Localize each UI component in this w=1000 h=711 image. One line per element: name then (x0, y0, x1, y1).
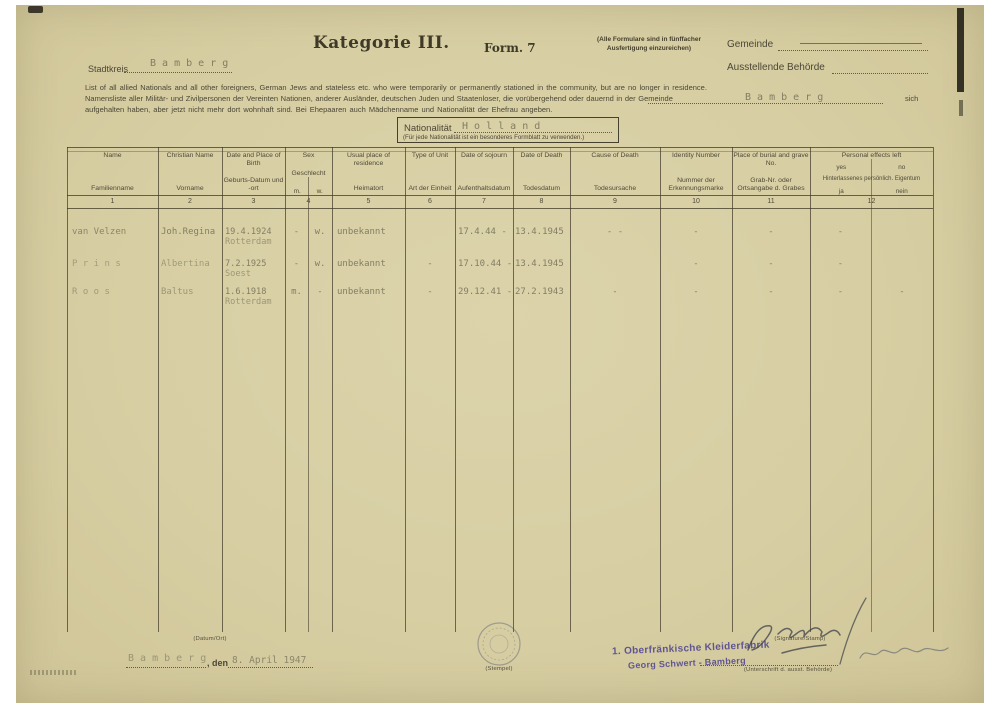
cell-sojourn: 17.4.44 - (455, 225, 513, 257)
col-number: 12 (810, 195, 933, 208)
intro-line2-after: sich (905, 94, 918, 103)
scan-artifact-right-edge (957, 8, 964, 92)
col-number: 11 (732, 195, 810, 208)
cell-death-date: 13.4.1945 (513, 225, 570, 257)
cell-effects-yes: - (810, 285, 871, 317)
stadtkreis-blank-line (124, 71, 232, 73)
birth-date: 1.6.1918 (225, 287, 272, 297)
cell-birth: 19.4.1924Rotterdam (222, 225, 285, 257)
footer-date-value: 8. April 1947 (232, 655, 306, 666)
nationality-note: (Für jede Nationalität ist ein besondere… (403, 134, 584, 141)
col-header-en: Usual place of residence (333, 152, 404, 168)
cell-burial: - (732, 225, 810, 257)
table-line (222, 147, 223, 632)
effects-no-label: no (872, 164, 933, 171)
nationality-label: Nationalität (404, 123, 452, 134)
cell-effects-no (871, 225, 933, 257)
column-number-row: 1 2 3 4 5 6 7 8 9 10 11 12 (67, 195, 933, 208)
authority-signature (740, 596, 872, 670)
footer-place-value: B a m b e r g (128, 653, 206, 664)
printer-imprint-smudge (30, 670, 78, 675)
col-header-en: Type of Unit (412, 152, 448, 160)
table-line (455, 147, 456, 632)
cell-sex-w: w. (308, 225, 332, 257)
col-header-en: Date of sojourn (461, 152, 507, 160)
cell-sex-m: - (285, 225, 308, 257)
table-line (67, 208, 933, 209)
col-header-de: Todesdatum (523, 185, 560, 193)
den-label: , den (207, 658, 228, 668)
col-header-en: Name (103, 152, 121, 160)
col-number: 7 (455, 195, 513, 208)
nationality-box: Nationalität H o l l a n d (Für jede Nat… (397, 117, 619, 143)
table-line (810, 147, 811, 632)
col-header-unit: Type of Unit Art der Einheit (405, 149, 455, 195)
sex-subheader: m. w. (286, 188, 331, 195)
col-header-birth: Date and Place of Birth Geburts-Datum un… (222, 149, 285, 195)
col-header-name: Name Familienname (67, 149, 158, 195)
cell-sex-w: - (308, 285, 332, 317)
col-header-de: Nummer der Erkennungsmarke (661, 177, 731, 193)
table-row: van Velzen Joh.Regina 19.4.1924Rotterdam… (67, 225, 933, 257)
intro-line3: aufgehalten haben, aber jetzt nicht mehr… (85, 105, 945, 114)
col-header-en: Date of Death (521, 152, 563, 160)
copies-note: (Alle Formulare sind in fünffacher Ausfe… (583, 36, 715, 54)
col-header-de: Vorname (176, 185, 203, 193)
col-header-burial: Place of burial and grave No. Grab-Nr. o… (732, 149, 810, 195)
birth-date: 19.4.1924 (225, 227, 272, 237)
birth-place: Soest (225, 269, 266, 279)
cell-sojourn: 29.12.41 - (455, 285, 513, 317)
scan-artifact-topleft (28, 6, 43, 13)
table-line (67, 147, 68, 632)
col-header-effects: Personal effects left yes no Hinterlasse… (810, 149, 933, 195)
col-number: 4 (285, 195, 332, 208)
intro-line2: Namensliste aller Militär- und Zivilpers… (85, 94, 645, 103)
col-header-en: Sex (303, 152, 315, 160)
cell-christian-name: Joh.Regina (158, 225, 222, 257)
sex-w-label: w. (309, 188, 332, 195)
col-header-de: Heimatort (354, 185, 383, 193)
record-table: Name Familienname Christian Name Vorname… (67, 147, 933, 632)
col-header-de: Hinterlassenes persönlich. Eigentum (823, 176, 920, 183)
cell-residence: unbekannt (332, 225, 405, 257)
stadtkreis-value: B a m b e r g (150, 58, 228, 69)
table-line (660, 147, 661, 632)
cell-identity: - (660, 225, 732, 257)
col-header-de: Geburts-Datum und -ort (223, 177, 284, 193)
col-header-residence: Usual place of residence Heimatort (332, 149, 405, 195)
col-header-identity: Identity Number Nummer der Erkennungsmar… (660, 149, 732, 195)
col-number: 3 (222, 195, 285, 208)
table-line (285, 147, 286, 632)
intro-line2-value: B a m b e r g (745, 92, 823, 103)
cell-cause: - - (570, 225, 660, 257)
col-header-en: Date and Place of Birth (223, 152, 284, 168)
stamp-label: (Stempel) (474, 666, 524, 672)
col-header-christian-name: Christian Name Vorname (158, 149, 222, 195)
table-line (933, 147, 934, 632)
cell-sex-m: m. (285, 285, 308, 317)
cell-name: R o o s (67, 285, 158, 317)
date-place-label: (Datum/Ort) (175, 636, 245, 642)
gemeinde-label: Gemeinde (727, 39, 773, 50)
cell-residence: unbekannt (332, 285, 405, 317)
behoerde-blank-line (832, 72, 928, 74)
col-header-death-date: Date of Death Todesdatum (513, 149, 570, 195)
effects-subheader-de: ja nein (811, 188, 932, 195)
cell-unit (405, 225, 455, 257)
scan-artifact-right-small (959, 100, 963, 116)
table-line (513, 147, 514, 632)
cell-christian-name: Baltus (158, 285, 222, 317)
col-number: 2 (158, 195, 222, 208)
cell-death-date: 27.2.1943 (513, 285, 570, 317)
col-header-de: Aufenthaltsdatum (458, 185, 511, 193)
birth-date: 7.2.1925 (225, 259, 266, 269)
table-line (570, 147, 571, 632)
col-header-en: Identity Number (672, 152, 720, 160)
col-header-de: Todesursache (594, 185, 636, 193)
col-number: 5 (332, 195, 405, 208)
effects-nein-label: nein (872, 188, 933, 195)
gemeinde-blank-line (778, 49, 928, 51)
col-header-de: Familienname (91, 185, 134, 193)
cell-identity: - (660, 285, 732, 317)
col-header-sex: Sex Geschlecht m. w. (285, 149, 332, 195)
footer-place-line (126, 666, 206, 668)
table-line (158, 147, 159, 632)
sex-m-label: m. (286, 188, 309, 195)
cell-effects-yes: - (810, 225, 871, 257)
scanned-document: Kategorie III. Form. 7 (Alle Formulare s… (0, 0, 1000, 711)
col-number: 6 (405, 195, 455, 208)
cell-burial: - (732, 285, 810, 317)
birth-place: Rotterdam (225, 237, 272, 247)
effects-ja-label: ja (811, 188, 872, 195)
form-number: Form. 7 (484, 41, 536, 55)
footer-date-line (228, 666, 313, 668)
intro-line1: List of all allied Nationals and all oth… (85, 83, 945, 92)
col-header-sojourn: Date of sojourn Aufenthaltsdatum (455, 149, 513, 195)
form-title: Kategorie III. (313, 33, 450, 53)
cell-birth: 1.6.1918Rotterdam (222, 285, 285, 317)
second-signature (856, 640, 956, 666)
col-header-de: Art der Einheit (408, 185, 451, 193)
col-header-en: Place of burial and grave No. (733, 152, 809, 168)
col-number: 8 (513, 195, 570, 208)
col-header-en: Christian Name (167, 152, 214, 160)
col-header-de: Geschlecht (291, 170, 325, 178)
round-seal-stamp (476, 621, 522, 667)
effects-yes-label: yes (811, 164, 872, 171)
cell-effects-no: - (871, 285, 933, 317)
birth-place: Rotterdam (225, 297, 272, 307)
nationality-value: H o l l a n d (462, 121, 540, 132)
col-header-de: Grab-Nr. oder Ortsangabe d. Grabes (733, 177, 809, 193)
col-header-cause: Cause of Death Todesursache (570, 149, 660, 195)
table-line (732, 147, 733, 632)
stadtkreis-label: Stadtkreis (88, 64, 128, 74)
effects-subheader-en: yes no (811, 164, 932, 171)
gemeinde-line-artifact (800, 43, 922, 44)
col-number: 10 (660, 195, 732, 208)
col-header-en: Personal effects left (842, 152, 902, 160)
cell-name: van Velzen (67, 225, 158, 257)
cell-cause: - (570, 285, 660, 317)
table-line (332, 147, 333, 632)
col-number: 1 (67, 195, 158, 208)
col-header-en: Cause of Death (591, 152, 638, 160)
table-line (405, 147, 406, 632)
cell-unit: - (405, 285, 455, 317)
col-number: 9 (570, 195, 660, 208)
behoerde-label: Ausstellende Behörde (727, 62, 825, 73)
table-row: R o o s Baltus 1.6.1918Rotterdam m. - un… (67, 285, 933, 317)
